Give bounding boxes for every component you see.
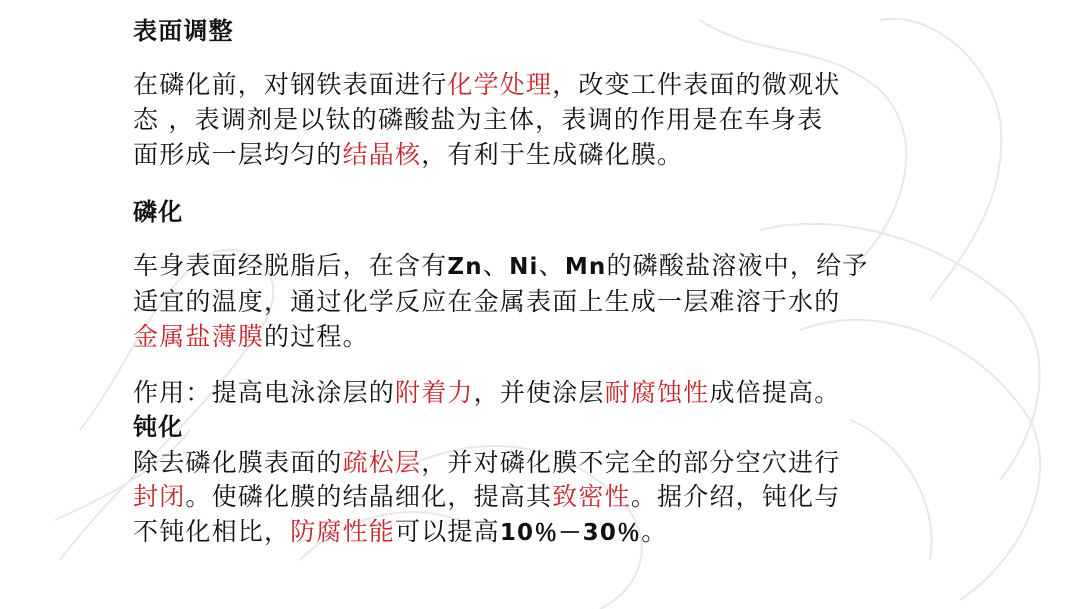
text-segment: 。 <box>641 517 667 546</box>
text-segment: Mn <box>565 254 607 280</box>
paragraph-line: 除去磷化膜表面的疏松层，并对磷化膜不完全的部分空穴进行 <box>133 446 840 480</box>
highlighted-term: 金属盐薄膜 <box>133 322 264 351</box>
paragraph-line: 作用：提高电泳涂层的附着力，并使涂层耐腐蚀性成倍提高。 <box>133 376 840 410</box>
text-segment: 面形成一层均匀的 <box>133 140 343 169</box>
text-segment: 态 ，表调剂是以钛的磷酸盐为主体，表调的作用是在车身表 <box>133 105 823 134</box>
text-segment: 成倍提高。 <box>709 378 840 407</box>
text-segment: 可以提高 <box>395 517 500 546</box>
section-heading-passivation: 钝化 <box>133 410 183 444</box>
text-segment: 作用：提高电泳涂层的 <box>133 378 395 407</box>
text-segment: 。据介绍，钝化与 <box>631 482 841 511</box>
text-segment: 车身表面经脱脂后，在含有 <box>133 251 447 280</box>
text-segment: 、 <box>483 251 509 280</box>
text-segment: ，并使涂层 <box>474 378 605 407</box>
paragraph-line: 不钝化相比，防腐性能可以提高10％－30％。 <box>133 515 667 550</box>
text-segment: 的过程。 <box>264 322 369 351</box>
text-segment: 不钝化相比， <box>133 517 290 546</box>
highlighted-term: 附着力 <box>395 378 474 407</box>
paragraph-line: 态 ，表调剂是以钛的磷酸盐为主体，表调的作用是在车身表 <box>133 103 823 137</box>
section-heading-phosphating: 磷化 <box>133 195 183 229</box>
text-segment: Zn <box>447 254 482 280</box>
highlighted-term: 封闭 <box>133 482 185 511</box>
paragraph-line: 适宜的温度，通过化学反应在金属表面上生成一层难溶于水的 <box>133 285 840 319</box>
paragraph-line: 在磷化前，对钢铁表面进行化学处理，改变工件表面的微观状 <box>133 68 840 102</box>
highlighted-term: 结晶核 <box>343 140 422 169</box>
paragraph-line: 车身表面经脱脂后，在含有Zn、Ni、Mn的磷酸盐溶液中，给予 <box>133 249 869 284</box>
text-segment: ，改变工件表面的微观状 <box>552 70 840 99</box>
text-segment: 的磷酸盐溶液中，给予 <box>606 251 868 280</box>
highlighted-term: 疏松层 <box>343 448 422 477</box>
text-segment: 适宜的温度，通过化学反应在金属表面上生成一层难溶于水的 <box>133 287 840 316</box>
text-segment: 在磷化前，对钢铁表面进行 <box>133 70 447 99</box>
text-segment: 、 <box>539 251 565 280</box>
highlighted-term: 化学处理 <box>447 70 552 99</box>
text-segment: 除去磷化膜表面的 <box>133 448 343 477</box>
highlighted-term: 致密性 <box>552 482 631 511</box>
text-segment: 10％－30％ <box>500 520 641 546</box>
paragraph-line: 面形成一层均匀的结晶核，有利于生成磷化膜。 <box>133 138 683 172</box>
paragraph-line: 金属盐薄膜的过程。 <box>133 320 369 354</box>
highlighted-term: 耐腐蚀性 <box>605 378 710 407</box>
paragraph-line: 封闭。使磷化膜的结晶细化，提高其致密性。据介绍，钝化与 <box>133 480 840 514</box>
text-segment: ，有利于生成磷化膜。 <box>421 140 683 169</box>
text-segment: Ni <box>509 254 539 280</box>
text-segment: 。使磷化膜的结晶细化，提高其 <box>185 482 552 511</box>
section-heading-surface-conditioning: 表面调整 <box>133 14 234 48</box>
highlighted-term: 防腐性能 <box>290 517 395 546</box>
text-segment: ，并对磷化膜不完全的部分空穴进行 <box>421 448 840 477</box>
